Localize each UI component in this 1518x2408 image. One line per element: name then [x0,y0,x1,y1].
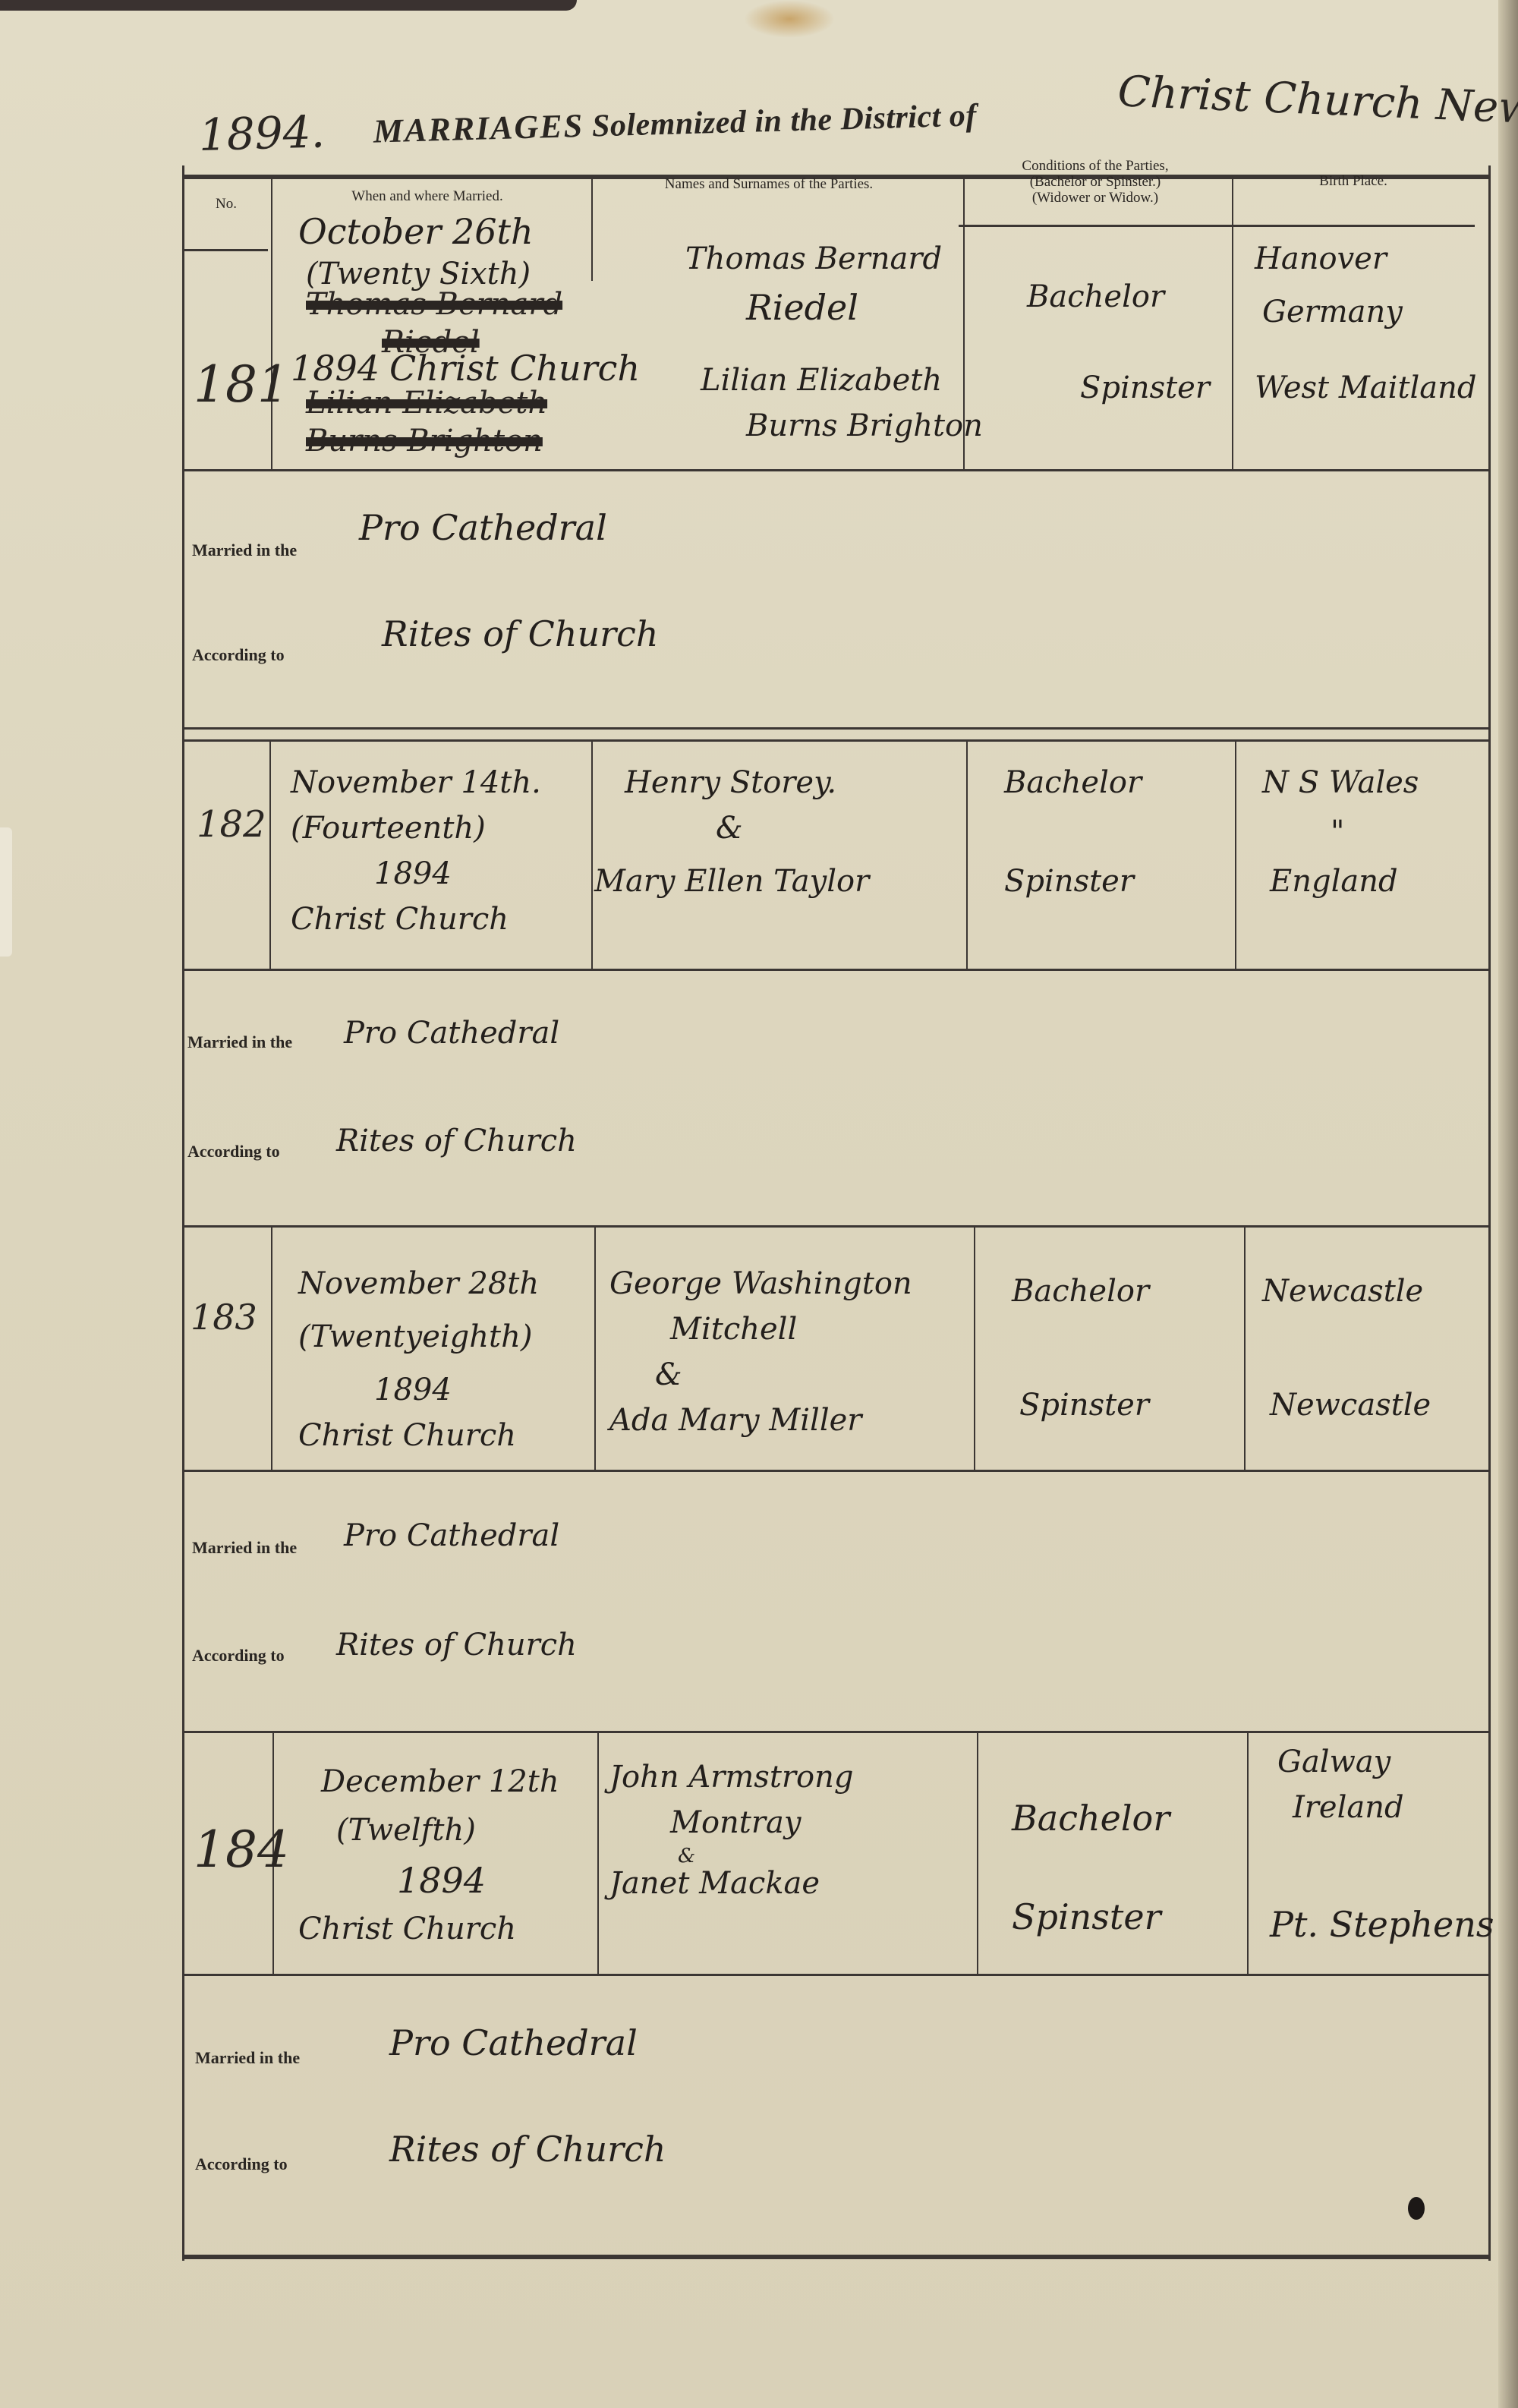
groom-surname: Montray [670,1805,801,1840]
page-right-edge [1498,0,1518,2408]
col-rule [597,1732,599,1974]
married-in-value: Pro Cathedral [344,1518,559,1553]
left-page-tab [0,827,12,957]
marriage-date: November 28th [298,1266,539,1301]
entry-number: 181 [194,355,289,414]
ampersand: & [716,811,743,846]
col-rule [1235,741,1236,969]
marriage-date: December 12th [321,1764,559,1799]
married-in-label: Married in the [192,1538,297,1558]
marriage-date-words: (Twentyeighth) [298,1319,532,1354]
conditions-line-2: (Bachelor or Spinster.) [966,174,1224,190]
register-heading: 1894. MARRIAGES Solemnized in the Distri… [198,62,1505,175]
register-bottom-rule [184,2255,1488,2259]
col-rule [269,741,271,969]
marriage-year: 1894 [397,1860,486,1901]
bride-name: Lilian Elizabeth [701,363,942,398]
entry-rule [184,1731,1488,1733]
conditions-line-1: Conditions of the Parties, [966,158,1224,174]
groom-condition: Bachelor [1012,1274,1149,1309]
district-name: Christ Church Newcastle [1116,67,1518,139]
groom-name: George Washington [609,1266,912,1301]
header-bottom-rule-no [184,249,268,251]
col-rule [977,1732,978,1974]
entry-rule [184,469,1488,471]
col-rule [974,1227,975,1470]
entry-rule [184,1470,1488,1472]
col-rule [271,175,272,471]
bride-birthplace: Newcastle [1270,1388,1431,1423]
groom-birthplace: Newcastle [1262,1274,1423,1309]
married-in-value: Pro Cathedral [389,2022,638,2063]
entry-number: 183 [191,1297,257,1338]
married-in-label: Married in the [187,1032,292,1052]
bride-name: Janet Mackae [609,1866,820,1901]
groom-birthplace: Galway [1277,1745,1390,1779]
according-to-value: Rites of Church [336,1124,577,1158]
bride-condition: Spinster [1012,1896,1161,1937]
marriage-year: 1894 [291,348,379,389]
ink-blot [1408,2197,1425,2220]
col-header-conditions: Conditions of the Parties, (Bachelor or … [966,158,1224,206]
register-page: 1894. MARRIAGES Solemnized in the Distri… [0,0,1518,2408]
col-header-when-where: When and where Married. [276,188,579,204]
marriage-year: 1894 [374,856,452,891]
marriage-date: November 14th. [291,765,541,800]
marriage-church: Christ Church [298,1418,516,1453]
according-to-value: Rites of Church [382,613,658,654]
register-year: 1894. [198,106,326,161]
entry-number: 182 [197,803,266,846]
struck-text: Burns Brighton [306,424,543,459]
bride-condition: Spinster [1019,1388,1149,1423]
bride-birthplace: Pt. Stephens [1270,1904,1494,1945]
entry-rule [184,1225,1488,1228]
col-rule [1247,1732,1249,1974]
bride-condition: Spinster [1080,370,1210,405]
groom-name: Henry Storey. [625,765,836,800]
groom-birthplace-country: Ireland [1293,1790,1404,1825]
col-header-birthplace: Birth Place. [1232,173,1475,189]
groom-birthplace-country: Germany [1262,295,1403,329]
col-header-no: No. [184,196,268,212]
entry-rule [184,739,1488,742]
marriage-register-table: No. When and where Married. Names and Su… [182,165,1491,2261]
marriage-date: October 26th [298,211,534,252]
marriage-date-words: (Fourteenth) [291,811,486,846]
according-to-label: According to [192,1646,285,1666]
title-caps: MARRIAGES [373,107,584,150]
married-in-label: Married in the [195,2048,300,2068]
water-stain [744,0,835,38]
marriage-church: Christ Church [291,902,509,937]
entry-number: 184 [194,1820,289,1879]
groom-name: John Armstrong [609,1760,853,1795]
marriage-date-words: (Twelfth) [336,1813,476,1848]
according-to-label: According to [192,645,285,665]
marriage-year: 1894 [374,1373,452,1407]
according-to-value: Rites of Church [336,1628,577,1663]
entry-rule [184,1974,1488,1976]
marriage-church: Christ Church [389,348,640,389]
col-rule [966,741,968,969]
groom-name: Thomas Bernard [685,241,942,276]
according-to-value: Rites of Church [389,2129,666,2170]
col-rule [271,1227,272,1470]
bride-birthplace: England [1270,864,1398,899]
groom-condition: Bachelor [1004,765,1142,800]
married-in-value: Pro Cathedral [344,1016,559,1051]
ditto-mark: " [1331,815,1344,849]
groom-birthplace: N S Wales [1262,765,1419,800]
struck-text: Thomas Bernard [306,287,562,322]
married-in-label: Married in the [192,541,297,560]
entry-rule [184,727,1488,730]
bride-condition: Spinster [1004,864,1134,899]
col-rule [594,1227,596,1470]
title-rest: Solemnized in the District of [591,98,977,143]
groom-condition: Bachelor [1027,279,1164,314]
married-in-value: Pro Cathedral [359,507,607,548]
header-bottom-rule-right [959,225,1475,227]
ampersand: & [655,1357,682,1392]
ampersand: & [678,1845,695,1867]
conditions-line-3: (Widower or Widow.) [966,190,1224,206]
groom-condition: Bachelor [1012,1798,1170,1839]
bride-surname: Burns Brighton [746,408,983,443]
groom-surname: Riedel [746,287,858,328]
entry-rule [184,969,1488,971]
col-rule [591,741,593,969]
col-rule [591,175,593,281]
struck-text: Lilian Elizabeth [306,386,547,421]
register-title: MARRIAGES Solemnized in the District of [373,95,977,150]
bride-birthplace: West Maitland [1255,370,1477,405]
col-rule [1244,1227,1246,1470]
bride-name: Mary Ellen Taylor [594,864,869,899]
groom-surname: Mitchell [670,1312,797,1347]
marriage-church: Christ Church [298,1912,516,1946]
bride-name: Ada Mary Miller [609,1403,861,1438]
groom-birthplace: Hanover [1255,241,1387,276]
according-to-label: According to [195,2154,288,2174]
col-rule [1232,175,1233,471]
according-to-label: According to [187,1142,280,1161]
page-edge-shadow [0,0,577,11]
col-header-names: Names and Surnames of the Parties. [587,176,951,192]
